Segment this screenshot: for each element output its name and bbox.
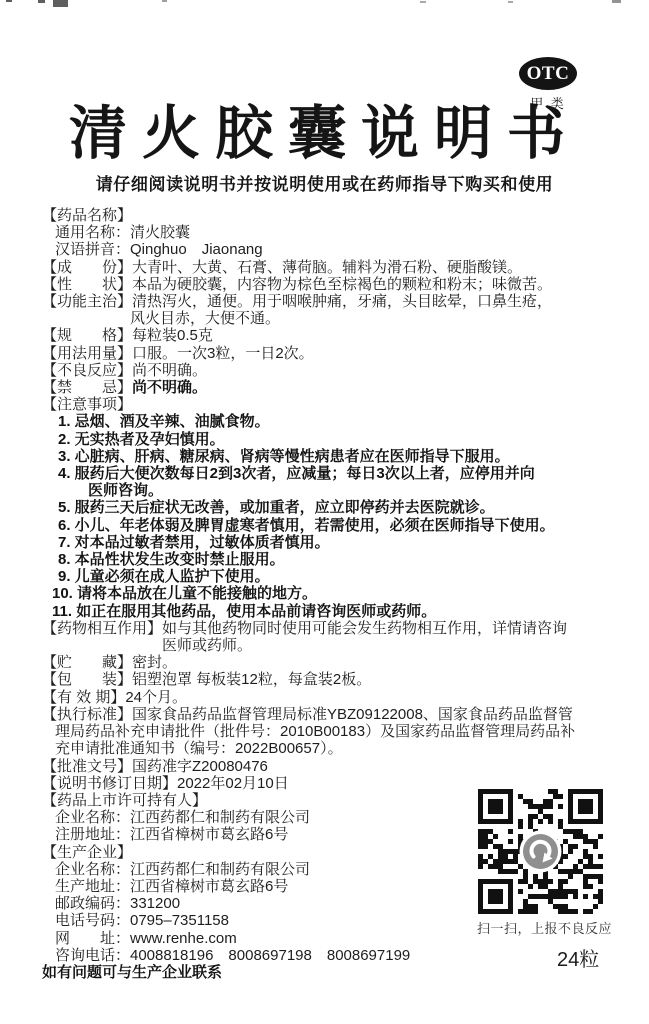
text-line: 通用名称：清火胶囊 xyxy=(42,224,622,241)
print-artifact xyxy=(508,1,513,3)
text-line: 【性 状】本品为硬胶囊，内容物为棕色至棕褐色的颗粒和粉末；味微苦。 xyxy=(42,276,622,293)
text-line: 6. 小儿、年老体弱及脾胃虚寒者慎用，若需使用，必须在医师指导下使用。 xyxy=(42,517,622,534)
pack-count-label: 24粒 xyxy=(557,943,599,972)
qr-code xyxy=(478,789,603,914)
text-line: 8. 本品性状发生改变时禁止服用。 xyxy=(42,551,622,568)
text-line: 7. 对本品过敏者禁用，过敏体质者慎用。 xyxy=(42,534,622,551)
text-line: 【不良反应】尚不明确。 xyxy=(42,362,622,379)
qr-section: 扫一扫，上报不良反应 xyxy=(477,789,603,937)
print-artifact xyxy=(6,0,12,2)
text-line: 充申请批准通知书（编号：2022B00657）。 xyxy=(42,740,622,757)
text-line: 10. 请将本品放在儿童不能接触的地方。 xyxy=(42,585,622,602)
text-line: 汉语拼音：Qinghuo Jiaonang xyxy=(42,241,622,258)
page-subtitle: 请仔细阅读说明书并按说明使用或在药师指导下购买和使用 xyxy=(0,170,649,195)
text-line: 风火目赤，大便不通。 xyxy=(42,310,622,327)
page-title: 清火胶囊说明书 xyxy=(0,102,649,166)
drug-leaflet-page: OTC 甲 类 清火胶囊说明书 请仔细阅读说明书并按说明使用或在药师指导下购买和… xyxy=(0,0,649,1024)
text-line: 5. 服药三天后症状无改善，或加重者，应立即停药并去医院就诊。 xyxy=(42,499,622,516)
print-artifact xyxy=(53,0,68,7)
text-line: 【药物相互作用】如与其他药物同时使用可能会发生药物相互作用，详情请咨询 xyxy=(42,620,622,637)
text-line: 3. 心脏病、肝病、糖尿病、肾病等慢性病患者应在医师指导下服用。 xyxy=(42,448,622,465)
text-line: 医师或药师。 xyxy=(42,637,622,654)
text-line: 【用法用量】口服。一次3粒，一日2次。 xyxy=(42,345,622,362)
text-line: 4. 服药后大便次数每日2到3次者，应减量；每日3次以上者，应停用并向 xyxy=(42,465,622,482)
otc-badge: OTC xyxy=(519,57,577,90)
text-line: 【成 份】大青叶、大黄、石膏、薄荷脑。辅料为滑石粉、硬脂酸镁。 xyxy=(42,259,622,276)
text-line: 如有问题可与生产企业联系 xyxy=(42,964,622,981)
text-line: 【执行标准】国家食品药品监督管理局标准YBZ09122008、国家食品药品监督管 xyxy=(42,706,622,723)
print-artifact xyxy=(612,0,621,3)
text-line: 11. 如正在服用其他药品，使用本品前请咨询医师或药师。 xyxy=(42,603,622,620)
text-line: 理局药品补充申请批件（批件号：2010B00183）及国家药品监督管理局药品补 xyxy=(42,723,622,740)
text-line: 2. 无实热者及孕妇慎用。 xyxy=(42,431,622,448)
text-line: 【功能主治】清热泻火，通便。用于咽喉肿痛，牙痛，头目眩晕，口鼻生疮， xyxy=(42,293,622,310)
text-line: 1. 忌烟、酒及辛辣、油腻食物。 xyxy=(42,413,622,430)
print-artifact xyxy=(162,0,167,2)
text-line: 【批准文号】国药准字Z20080476 xyxy=(42,758,622,775)
text-line: 咨询电话：4008818196 8008697198 8008697199 xyxy=(42,947,622,964)
text-line: 【禁 忌】尚不明确。 xyxy=(42,379,622,396)
print-artifact xyxy=(38,0,45,3)
text-line: 【药品名称】 xyxy=(42,207,622,224)
text-line: 【包 装】铝塑泡罩 每板装12粒，每盒装2板。 xyxy=(42,671,622,688)
text-line: 医师咨询。 xyxy=(42,482,622,499)
text-line: 9. 儿童必须在成人监护下使用。 xyxy=(42,568,622,585)
text-line: 【贮 藏】密封。 xyxy=(42,654,622,671)
text-line: 【有 效 期】24个月。 xyxy=(42,689,622,706)
print-artifact xyxy=(420,1,426,3)
qr-caption: 扫一扫，上报不良反应 xyxy=(477,918,603,937)
text-line: 【规 格】每粒装0.5克 xyxy=(42,327,622,344)
text-line: 【注意事项】 xyxy=(42,396,622,413)
